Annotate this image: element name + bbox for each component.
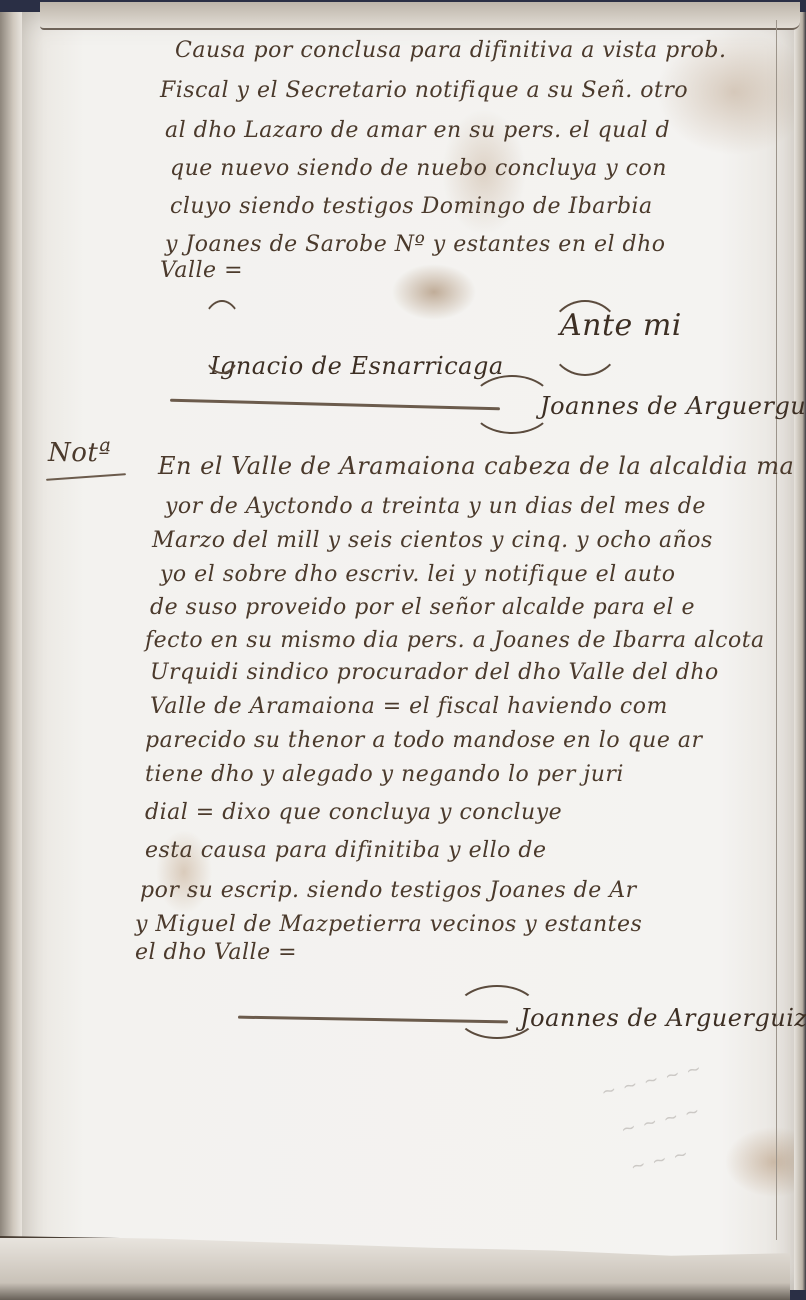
text-line: de suso proveido por el señor alcalde pa… [150,595,695,620]
text-line: por su escrip. siendo testigos Joanes de… [140,878,637,903]
text-line: esta causa para difinitiba y ello de [145,838,547,863]
text-line: y Miguel de Mazpetierra vecinos y estant… [135,912,642,937]
left-page-edge [0,12,22,1290]
text-line: yor de Ayctondo a treinta y un dias del … [165,494,706,519]
text-line: Fiscal y el Secretario notifique a su Se… [160,78,688,103]
text-line: Marzo del mill y seis cientos y cinq. y … [152,528,713,553]
right-margin-fold-line [776,20,777,1240]
text-line: al dho Lazaro de amar en su pers. el qua… [165,118,670,143]
text-line: yo el sobre dho escriv. lei y notifique … [160,562,676,587]
text-line: dial = dixo que concluya y concluye [145,800,562,825]
top-folded-edge [40,2,800,30]
text-line: tiene dho y alegado y negando lo per jur… [145,762,624,787]
text-line: el dho Valle = [135,940,297,965]
signature-flourish-icon [548,300,622,376]
text-line: Valle de Aramaiona = el fiscal haviendo … [150,694,668,719]
text-line: cluyo siendo testigos Domingo de Ibarbia [170,194,653,219]
signature-joannes-top: Joannes de Arguerguiz [540,392,806,420]
margin-note: Notª [48,438,111,468]
text-line: Causa por conclusa para difinitiva a vis… [175,38,727,63]
text-line: fecto en su mismo dia pers. a Joanes de … [145,628,765,653]
text-line: Urquidi sindico procurador del dho Valle… [150,660,719,685]
text-line: que nuevo siendo de nuebo concluya y con [170,156,667,181]
signature-flourish-icon [200,300,244,374]
signature-joannes-bottom: Joannes de Arguerguiz [520,1004,806,1032]
text-line: En el Valle de Aramaiona cabeza de la al… [158,452,794,480]
text-line: y Joanes de Sarobe Nº y estantes en el d… [165,232,666,257]
text-line: parecido su thenor a todo mandose en lo … [145,728,702,753]
text-line: Valle = [160,258,243,283]
signature-ignacio: Ignacio de Esnarricaga [210,352,504,380]
right-page-edge [794,12,806,1290]
